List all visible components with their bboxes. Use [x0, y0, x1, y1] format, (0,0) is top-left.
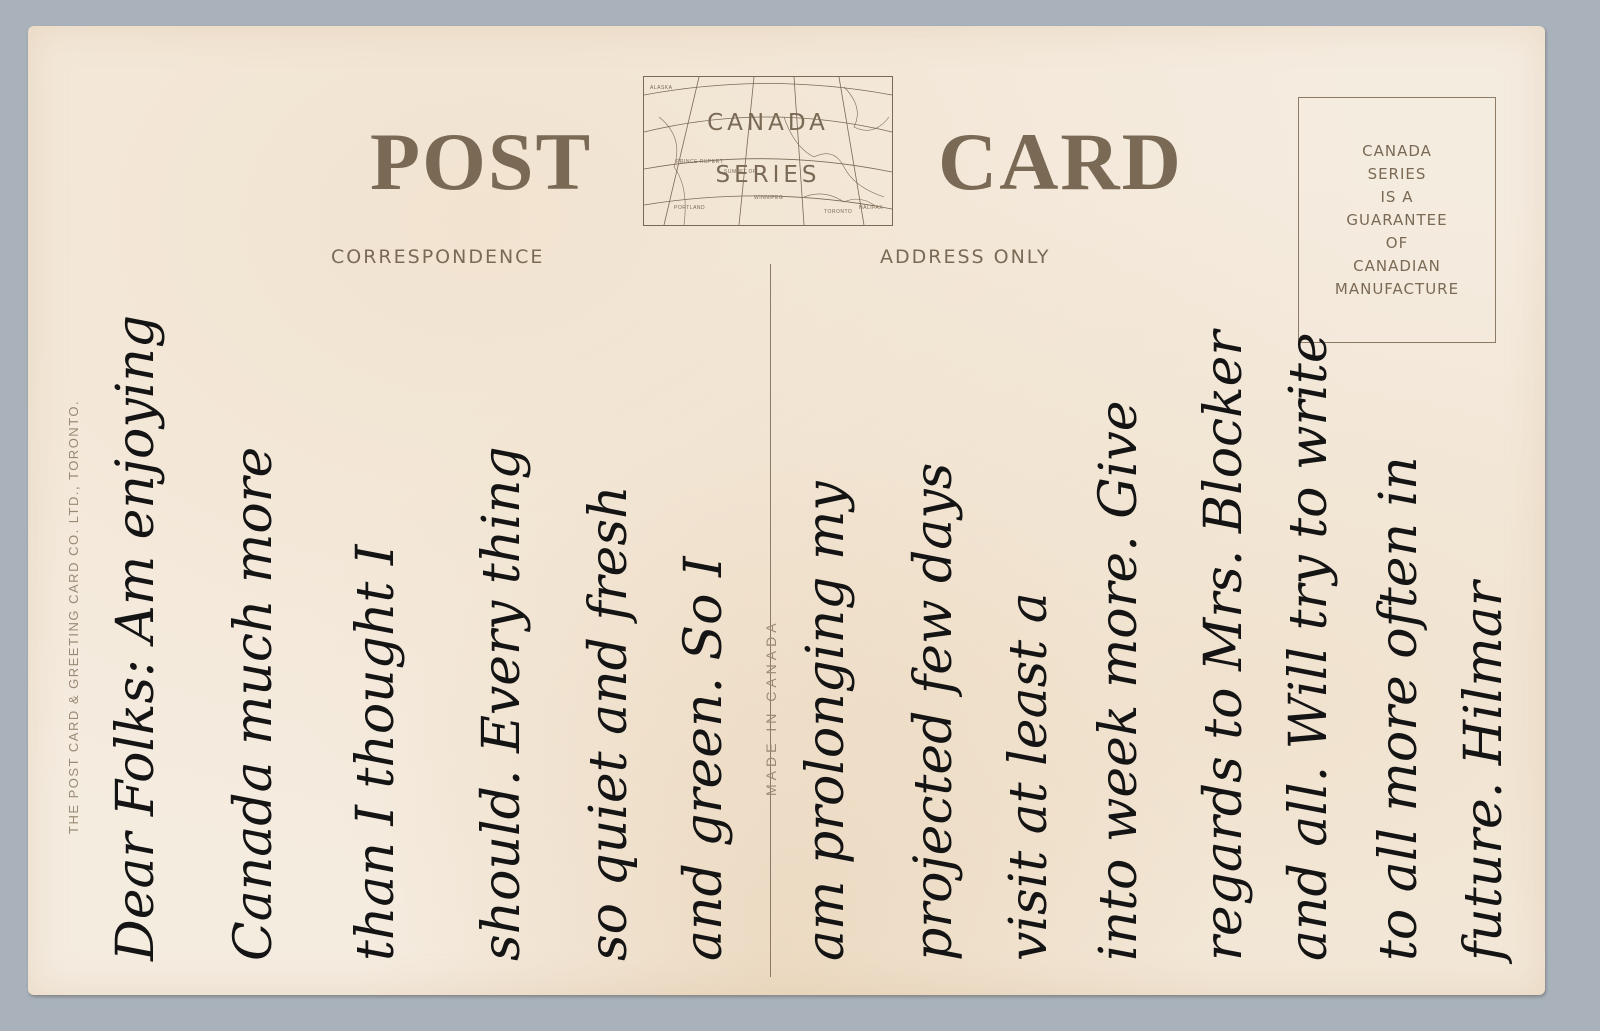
handwritten-line: am prolonging my	[800, 481, 852, 961]
handwritten-line: projected few days	[908, 463, 960, 961]
handwritten-line: and all. Will try to write	[1283, 332, 1335, 961]
map-graticule-icon	[644, 77, 892, 225]
made-in-canada: MADE IN CANADA	[763, 619, 779, 796]
stamp-box-line: IS A	[1381, 186, 1414, 209]
handwritten-line: and green. So I	[678, 556, 730, 961]
address-only-label: ADDRESS ONLY	[880, 246, 1050, 268]
stamp-box-line: CANADIAN	[1353, 255, 1441, 278]
handwritten-line: so quiet and fresh	[583, 486, 635, 962]
map-label-toronto: TORONTO	[824, 209, 852, 215]
stamp-box-line: SERIES	[1368, 163, 1427, 186]
stamp-box-line: OF	[1386, 232, 1408, 255]
correspondence-label: CORRESPONDENCE	[331, 246, 544, 268]
publisher-imprint: THE POST CARD & GREETING CARD CO. LTD., …	[66, 400, 81, 834]
emblem-series: SERIES	[644, 162, 892, 188]
handwritten-line: regards to Mrs. Blocker	[1198, 331, 1250, 961]
handwritten-line: visit at least a	[1003, 592, 1055, 961]
handwritten-line: into week more. Give	[1093, 400, 1145, 961]
handwritten-line: Dear Folks: Am enjoying	[110, 315, 162, 961]
stamp-box-line: MANUFACTURE	[1335, 278, 1459, 301]
handwritten-line: than I thought I	[350, 545, 402, 961]
handwritten-line: future. Hilmar	[1458, 581, 1510, 961]
post-heading: POST	[370, 121, 592, 203]
map-label-portland: PORTLAND	[674, 205, 705, 211]
stamp-box-line: CANADA	[1362, 140, 1432, 163]
map-label-alaska: ALASKA	[650, 85, 672, 91]
emblem-canada: CANADA	[644, 110, 892, 136]
handwritten-line: Canada much more	[228, 447, 280, 961]
handwritten-line: to all more often in	[1373, 456, 1425, 961]
card-heading: CARD	[938, 121, 1183, 203]
handwritten-line: should. Every thing	[476, 446, 528, 961]
map-label-halifax: HALIFAX	[859, 205, 883, 211]
postcard: POST ALASKA PRINCE RUPERT SUMMIT OF PORT…	[28, 26, 1545, 995]
stamp-box-line: GUARANTEE	[1346, 209, 1447, 232]
canada-series-emblem: ALASKA PRINCE RUPERT SUMMIT OF PORTLAND …	[643, 76, 893, 226]
map-label-winnipeg: WINNIPEG	[754, 195, 783, 201]
stamp-box: CANADA SERIES IS A GUARANTEE OF CANADIAN…	[1298, 97, 1496, 343]
